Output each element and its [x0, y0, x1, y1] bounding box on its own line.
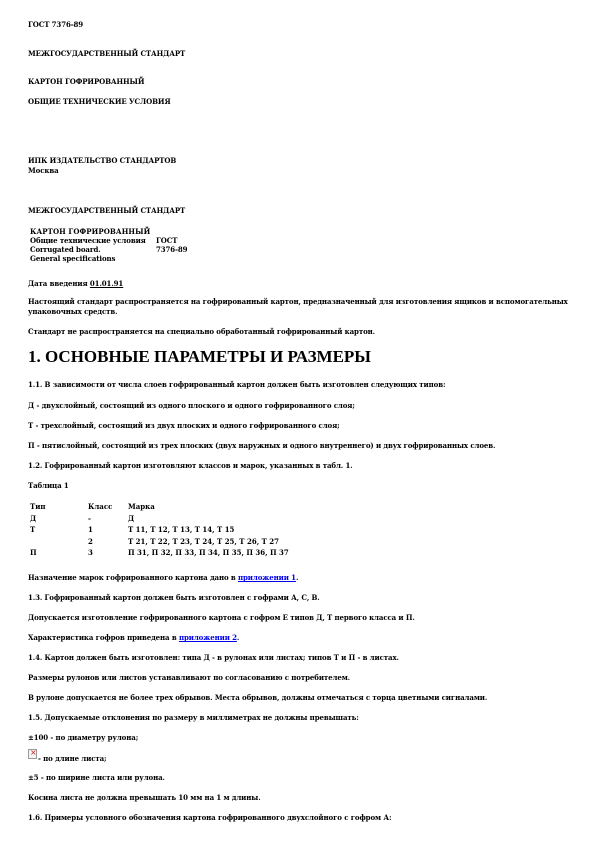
type-p-desc: П - пятислойный, состоящий из трех плоск… — [28, 441, 495, 450]
table-header-class: Класс — [88, 502, 112, 511]
clause-1-1: 1.1. В зависимости от числа слоев гофрир… — [28, 380, 445, 389]
gost-number: 7376-89 — [156, 245, 187, 254]
classes-table: Тип Класс Марка Д - Д Т 1 Т 11, Т 12, Т … — [30, 502, 330, 562]
table-cell: Т 11, Т 12, Т 13, Т 14, Т 15 — [128, 525, 234, 534]
table-header-mark: Марка — [128, 502, 155, 511]
type-d-desc: Д - двухслойный, состоящий из одного пло… — [28, 401, 355, 410]
table-cell: Д — [128, 514, 134, 523]
table-cell: П — [30, 548, 37, 557]
doc-code: ГОСТ 7376-89 — [28, 20, 83, 29]
title-ru: КАРТОН ГОФРИРОВАННЫЙ — [30, 227, 150, 236]
table-cell: Д — [30, 514, 36, 523]
table-cell: Т 21, Т 22, Т 23, Т 24, Т 25, Т 26, Т 27 — [128, 537, 279, 546]
clause-1-3b: Допускается изготовление гофрированного … — [28, 613, 415, 622]
publisher-city: Москва — [28, 166, 59, 175]
clause-1-4: 1.4. Картон должен быть изготовлен: типа… — [28, 653, 399, 662]
tolerance-width: ±5 - по ширине листа или рулона. — [28, 773, 165, 782]
scope-line-1: Настоящий стандарт распространяется на г… — [28, 297, 568, 306]
effective-date-label: Дата введения — [28, 279, 90, 288]
section-heading: 1. ОСНОВНЫЕ ПАРАМЕТРЫ И РАЗМЕРЫ — [28, 347, 371, 367]
clause-1-6: 1.6. Примеры условного обозначения карто… — [28, 813, 391, 822]
clause-1-4c: В рулоне допускается не более трех обрыв… — [28, 693, 487, 702]
clause-1-4b: Размеры рулонов или листов устанавливают… — [28, 673, 350, 682]
table-cell: Т — [30, 525, 35, 534]
scope-line-2: упаковочных средств. — [28, 307, 117, 316]
appendix-2-link[interactable]: приложении 2 — [179, 633, 237, 642]
effective-date-value: 01.01.91 — [90, 279, 123, 288]
table-cell: 2 — [88, 537, 93, 546]
table-cell: - — [88, 514, 91, 523]
tolerance-length: - по длине листа; — [28, 749, 228, 763]
table-cell: 3 — [88, 548, 93, 557]
flute-note-end: . — [237, 633, 239, 642]
effective-date: Дата введения 01.01.91 — [28, 279, 123, 288]
table-cell: П 31, П 32, П 33, П 34, П 35, П 36, П 37 — [128, 548, 289, 557]
flute-note: Характеристика гофров приведена в прилож… — [28, 633, 239, 642]
marks-note: Назначение марок гофрированного картона … — [28, 573, 298, 582]
marks-note-text: Назначение марок гофрированного картона … — [28, 573, 238, 582]
clause-1-5: 1.5. Допускаемые отклонения по размеру в… — [28, 713, 359, 722]
publisher: ИПК ИЗДАТЕЛЬСТВО СТАНДАРТОВ — [28, 156, 176, 165]
doc-subtitle: ОБЩИЕ ТЕХНИЧЕСКИЕ УСЛОВИЯ — [28, 97, 171, 106]
clause-1-2: 1.2. Гофрированный картон изготовляют кл… — [28, 461, 353, 470]
subtitle-ru: Общие технические условия — [30, 236, 146, 245]
subtitle-en: General specifications — [30, 254, 115, 263]
standard-type: МЕЖГОСУДАРСТВЕННЫЙ СТАНДАРТ — [28, 49, 185, 58]
doc-title: КАРТОН ГОФРИРОВАННЫЙ — [28, 77, 144, 86]
appendix-1-link[interactable]: приложении 1 — [238, 573, 296, 582]
table-cell: 1 — [88, 525, 93, 534]
tolerance-diameter: ±100 - по диаметру рулона; — [28, 733, 138, 742]
clause-1-3: 1.3. Гофрированный картон должен быть из… — [28, 593, 320, 602]
flute-note-text: Характеристика гофров приведена в — [28, 633, 179, 642]
type-t-desc: Т - трехслойный, состоящий из двух плоск… — [28, 421, 340, 430]
skew-limit: Косина листа не должна превышать 10 мм н… — [28, 793, 261, 802]
table-caption: Таблица 1 — [28, 481, 69, 490]
broken-image-icon — [28, 749, 37, 759]
title-en: Corrugated board. — [30, 245, 101, 254]
marks-note-end: . — [296, 573, 298, 582]
table-header-type: Тип — [30, 502, 46, 511]
gost-label: ГОСТ — [156, 236, 177, 245]
scope-exclusion: Стандарт не распространяется на специаль… — [28, 327, 375, 336]
standard-type-repeat: МЕЖГОСУДАРСТВЕННЫЙ СТАНДАРТ — [28, 206, 185, 215]
title-block: КАРТОН ГОФРИРОВАННЫЙ Общие технические у… — [30, 227, 230, 267]
tolerance-length-text: - по длине листа; — [38, 754, 107, 763]
